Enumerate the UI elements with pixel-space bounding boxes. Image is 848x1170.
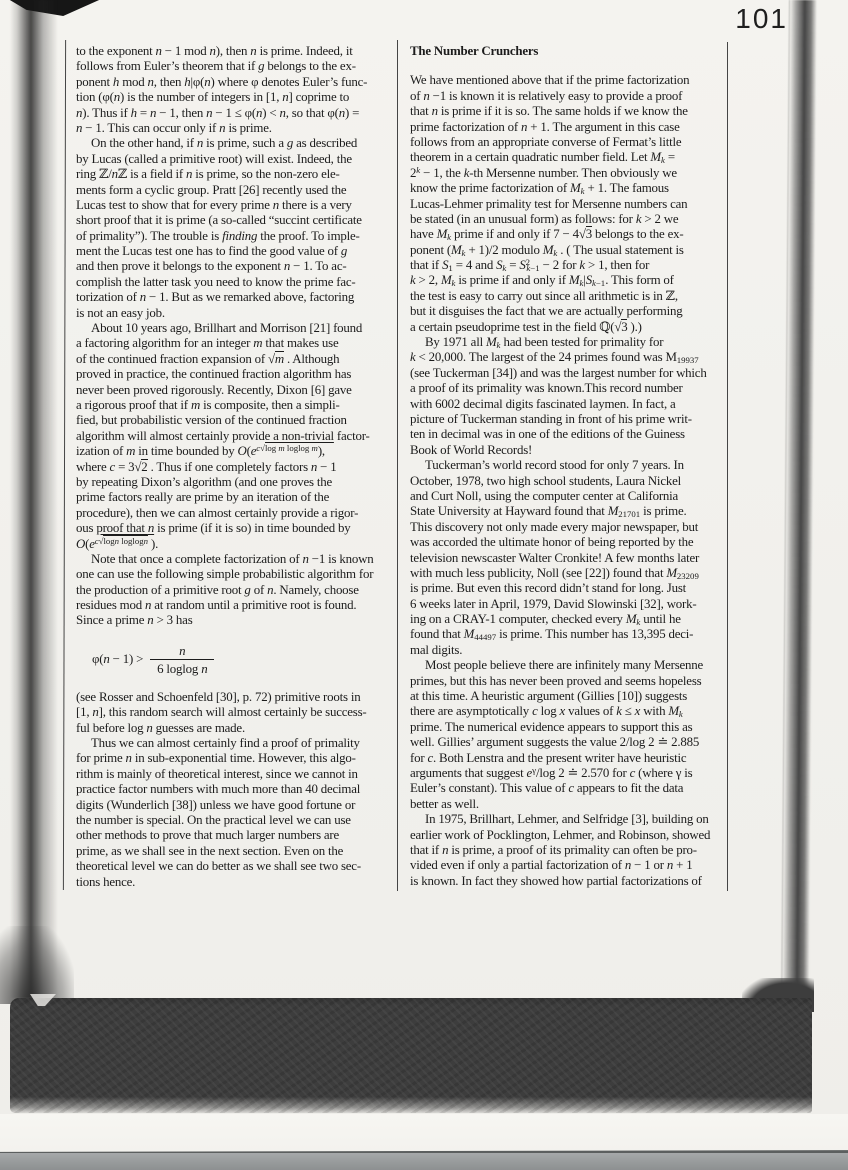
text-line: complish the latter task you need to kno…: [76, 275, 398, 290]
formula-denominator: 6 loglog n: [150, 659, 214, 677]
paragraph: Most people believe there are infinitely…: [410, 658, 732, 812]
section-heading: The Number Crunchers: [410, 44, 732, 59]
text-line: there are asymptotically c log x values …: [410, 704, 732, 719]
text-line: prime. The numerical evidence appears to…: [410, 720, 732, 735]
text-line: 6 weeks later in April, 1979, David Slow…: [410, 597, 732, 612]
text-line: [1, n], this random search will almost c…: [76, 705, 398, 720]
text-line: practice factor numbers with much more t…: [76, 782, 398, 797]
text-line: one can use the following simple probabi…: [76, 567, 398, 582]
formula-lhs: φ(n − 1) >: [92, 652, 143, 667]
scanned-paper-page: { "page_number": "101", "colors": { "pap…: [0, 0, 848, 1170]
text-line: (see Tuckerman [34]) and was the largest…: [410, 366, 732, 381]
text-line: Most people believe there are infinitely…: [410, 658, 732, 673]
text-line: is prime. But even this record didn’t st…: [410, 581, 732, 596]
text-line: be stated (in an unusual form) as follow…: [410, 212, 732, 227]
paragraph: About 10 years ago, Brillhart and Morris…: [76, 321, 398, 552]
text-line: have Mk prime if and only if 7 − 4√3 bel…: [410, 227, 732, 242]
text-line: by repeating Dixon’s algorithm (and one …: [76, 475, 398, 490]
scan-white-gap: [0, 1114, 848, 1152]
text-line: know the prime factorization of Mk + 1. …: [410, 181, 732, 196]
text-line: primes, but this has never been proved a…: [410, 674, 732, 689]
text-line: is known. In fact they showed how partia…: [410, 874, 732, 889]
text-line: by Lucas (called a primitive root) will …: [76, 152, 398, 167]
text-line: tions hence.: [76, 875, 398, 890]
text-line: proved in practice, the continued fracti…: [76, 367, 398, 382]
scan-dark-band: [10, 998, 812, 1113]
text-line: tion (φ(n) is the number of integers in …: [76, 90, 398, 105]
text-line: mal digits.: [410, 643, 732, 658]
text-line: ponent (Mk + 1)/2 modulo Mk . ( The usua…: [410, 243, 732, 258]
text-line: the test is easy to carry out since all …: [410, 289, 732, 304]
text-line: ponent h mod n, then h|φ(n) where φ deno…: [76, 75, 398, 90]
text-line: rithm is mainly of theoretical interest,…: [76, 767, 398, 782]
text-line: of the continued fraction expansion of √…: [76, 352, 398, 367]
text-line: other methods to prove that much larger …: [76, 828, 398, 843]
text-line: picture of Tuckerman standing in front o…: [410, 412, 732, 427]
text-line: television newscaster Walter Cronkite! A…: [410, 551, 732, 566]
text-line: and Curt Noll, using the computer center…: [410, 489, 732, 504]
text-line: that if S1 = 4 and Sk = S2k−1 − 2 for k …: [410, 258, 732, 273]
text-line: fied, but probabilistic version of the c…: [76, 413, 398, 428]
scan-edge-shadow-left-flare: [0, 926, 74, 1004]
text-line: prime factors really are prime by an ite…: [76, 490, 398, 505]
paragraph: In 1975, Brillhart, Lehmer, and Selfridg…: [410, 812, 732, 889]
text-line: ten in decimal was in one of the edition…: [410, 427, 732, 442]
text-line: Note that once a complete factorization …: [76, 552, 398, 567]
text-line: This discovery not only made every major…: [410, 520, 732, 535]
text-line: n − 1. This can occur only if n is prime…: [76, 121, 398, 136]
scan-edge-shadow-left: [10, 0, 62, 998]
paragraph: (see Rosser and Schoenfeld [30], p. 72) …: [76, 690, 398, 736]
text-line: Thus we can almost certainly find a proo…: [76, 736, 398, 751]
text-line: digits (Wunderlich [38]) unless we have …: [76, 798, 398, 813]
text-line: follows from Euler’s theorem that if g b…: [76, 59, 398, 74]
text-line: a factoring algorithm for an integer m t…: [76, 336, 398, 351]
paragraph: We have mentioned above that if the prim…: [410, 73, 732, 335]
scan-edge-shadow-right: [781, 0, 817, 1002]
left-column: to the exponent n − 1 mod n), then n is …: [76, 44, 398, 890]
text-line: ment the Lucas test one has to find the …: [76, 244, 398, 259]
text-line: October, 1978, two high school students,…: [410, 474, 732, 489]
paragraph: Tuckerman’s world record stood for only …: [410, 458, 732, 658]
text-line: of n −1 is known it is relatively easy t…: [410, 89, 732, 104]
formula-numerator: n: [175, 643, 189, 659]
text-line: In 1975, Brillhart, Lehmer, and Selfridg…: [410, 812, 732, 827]
paragraph: Note that once a complete factorization …: [76, 552, 398, 629]
text-line: n). Thus if h = n − 1, then n − 1 ≤ φ(n)…: [76, 106, 398, 121]
text-line: is not an easy job.: [76, 306, 398, 321]
text-line: vided even if only a partial factorizati…: [410, 858, 732, 873]
text-line: but it disguises the fact that we are ac…: [410, 304, 732, 319]
text-line: (see Rosser and Schoenfeld [30], p. 72) …: [76, 690, 398, 705]
text-line: prime, as we shall see in the next secti…: [76, 844, 398, 859]
text-line: and then prove it belongs to the exponen…: [76, 259, 398, 274]
text-line: of primality”). The trouble is finding t…: [76, 229, 398, 244]
text-line: the production of a primitive root g of …: [76, 583, 398, 598]
text-line: that if n is prime, a proof of its prima…: [410, 843, 732, 858]
display-formula: φ(n − 1) >n6 loglog n: [92, 640, 398, 680]
paragraph: On the other hand, if n is prime, such a…: [76, 136, 398, 321]
text-line: prime factorization of n + 1. The argume…: [410, 120, 732, 135]
text-line: a proof of its primality was known.This …: [410, 381, 732, 396]
text-line: ing on a CRAY-1 computer, checked every …: [410, 612, 732, 627]
text-line: to the exponent n − 1 mod n), then n is …: [76, 44, 398, 59]
text-line: 2k − 1, the k-th Mersenne number. Then o…: [410, 166, 732, 181]
text-line: a certain pseudoprime test in the field …: [410, 320, 732, 335]
text-line: State University at Hayward found that M…: [410, 504, 732, 519]
paragraph: Thus we can almost certainly find a proo…: [76, 736, 398, 890]
text-line: O(ec√logn loglogn ).: [76, 537, 398, 552]
text-line: a rigorous proof that if m is composite,…: [76, 398, 398, 413]
text-line: Lucas test to show that for every prime …: [76, 198, 398, 213]
text-line: Lucas-Lehmer primality test for Mersenne…: [410, 197, 732, 212]
text-line: Tuckerman’s world record stood for only …: [410, 458, 732, 473]
text-line: found that M44497 is prime. This number …: [410, 627, 732, 642]
text-line: Euler’s constant). This value of c appea…: [410, 781, 732, 796]
text-line: We have mentioned above that if the prim…: [410, 73, 732, 88]
text-line: follows from an appropriate converse of …: [410, 135, 732, 150]
text-line: never been proved rigorously. Recently, …: [76, 383, 398, 398]
text-line: well. Gillies’ argument suggests the val…: [410, 735, 732, 750]
text-line: for c. Both Lenstra and the present writ…: [410, 751, 732, 766]
scan-bottom-strip: [0, 1153, 848, 1170]
text-line: ization of m in time bounded by O(ec√log…: [76, 444, 398, 459]
text-line: at this time. A heuristic argument (Gill…: [410, 689, 732, 704]
text-line: algorithm will almost certainly provide …: [76, 429, 398, 444]
text-line: By 1971 all Mk had been tested for prima…: [410, 335, 732, 350]
text-line: theorem in a certain quadratic number fi…: [410, 150, 732, 165]
text-line: residues mod n at random until a primiti…: [76, 598, 398, 613]
text-line: Since a prime n > 3 has: [76, 613, 398, 628]
text-line: arguments that suggest eγ/log 2 ≐ 2.570 …: [410, 766, 732, 781]
text-line: theoretical level we can do better as we…: [76, 859, 398, 874]
text-line: procedure), then we can almost certainly…: [76, 506, 398, 521]
right-column: The Number CrunchersWe have mentioned ab…: [410, 44, 732, 889]
text-line: Book of World Records!: [410, 443, 732, 458]
text-line: torization of n − 1. But as we remarked …: [76, 290, 398, 305]
text-line: ring ℤ/nℤ is a field if n is prime, so t…: [76, 167, 398, 182]
text-line: the number is special. On the practical …: [76, 813, 398, 828]
text-line: ments form a cyclic group. Pratt [26] re…: [76, 183, 398, 198]
paragraph: By 1971 all Mk had been tested for prima…: [410, 335, 732, 458]
page-number: 101: [735, 3, 788, 35]
text-line: short proof that it is prime (a so-calle…: [76, 213, 398, 228]
text-line: where c = 3√2 . Thus if one completely f…: [76, 460, 398, 475]
formula-fraction: n6 loglog n: [150, 643, 214, 677]
text-line: with 6002 decimal digits fascinated laym…: [410, 397, 732, 412]
paragraph: to the exponent n − 1 mod n), then n is …: [76, 44, 398, 136]
text-line: About 10 years ago, Brillhart and Morris…: [76, 321, 398, 336]
text-line: ful before log n guesses are made.: [76, 721, 398, 736]
text-line: k > 2, Mk is prime if and only if Mk|Sk−…: [410, 273, 732, 288]
text-line: better as well.: [410, 797, 732, 812]
text-line: earlier work of Pocklington, Lehmer, and…: [410, 828, 732, 843]
text-line: was accorded the ultimate honor of being…: [410, 535, 732, 550]
text-line: that n is prime if it is so. The same ho…: [410, 104, 732, 119]
text-line: with much less publicity, Noll (see [22]…: [410, 566, 732, 581]
text-line: for prime n in sub-exponential time. How…: [76, 751, 398, 766]
text-line: k < 20,000. The largest of the 24 primes…: [410, 350, 732, 365]
text-line: On the other hand, if n is prime, such a…: [76, 136, 398, 151]
column-rule-left: [63, 40, 66, 890]
